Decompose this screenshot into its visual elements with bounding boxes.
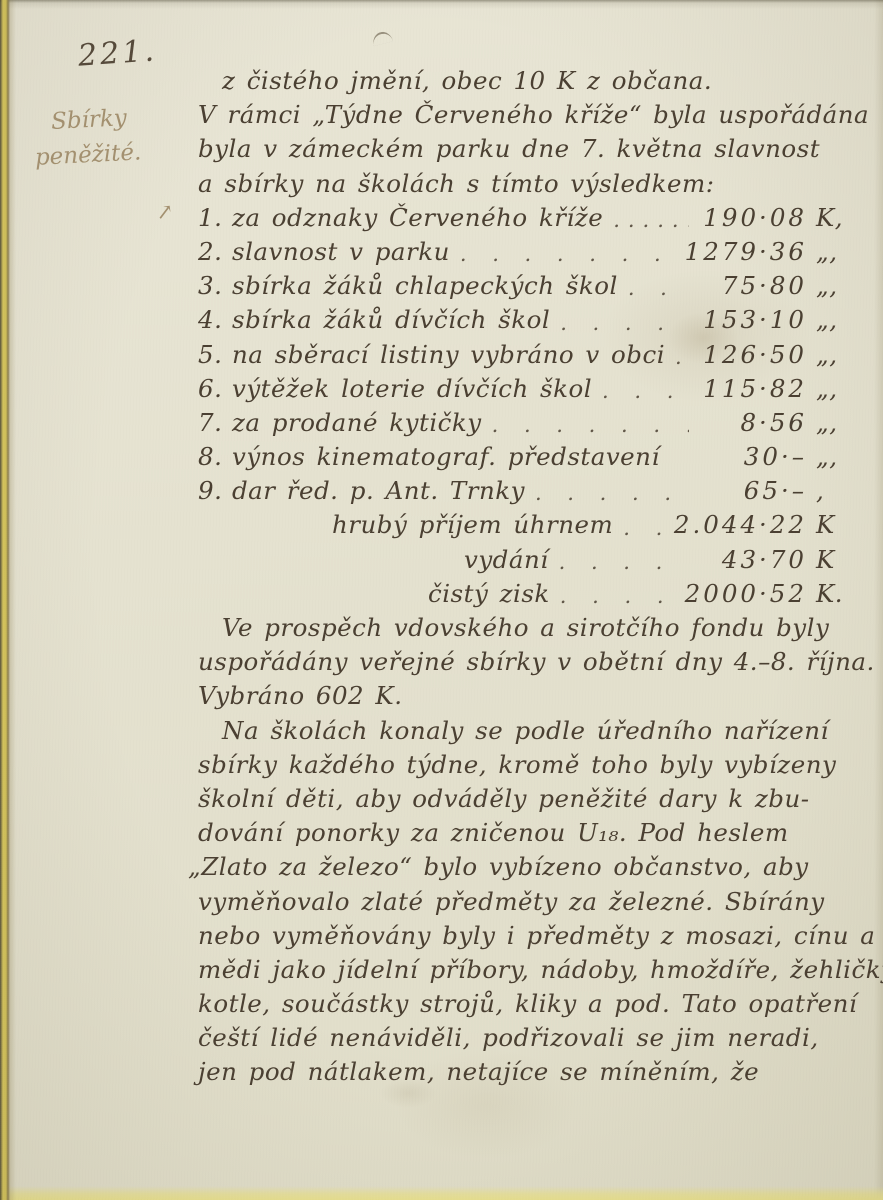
row-number: 2. (198, 235, 232, 269)
ledger-row: 3.sbírka žáků chlapeckých škol. . .75·80… (198, 269, 862, 303)
dot-leader: . . . (618, 273, 689, 303)
dot-leader: . . . . (592, 376, 689, 406)
row-amount: 153·10 (689, 303, 807, 337)
margin-note: Sbírky peněžité. (32, 98, 185, 176)
manuscript-line: byla v zámeckém parku dne 7. května slav… (198, 132, 862, 166)
row-label: za prodané kytičky (232, 406, 482, 440)
row-unit: „, (807, 440, 862, 474)
manuscript-line-text: sbírky každého týdne, kromě toho byly vy… (198, 750, 836, 779)
row-unit: K, (807, 201, 862, 235)
dot-leader: . . . . . . . . (525, 478, 689, 508)
margin-note-line2: peněžité. (34, 133, 186, 176)
manuscript-line-text: V rámci „Týdne Červeného kříže“ byla usp… (198, 100, 869, 129)
row-amount: 75·80 (689, 269, 807, 303)
ledger-row: 7.za prodané kytičky. . . . . . .8·56„, (198, 406, 862, 440)
row-number: 1. (198, 201, 232, 235)
ledger-row: 8.výnos kinematograf. představení30·–„, (198, 440, 862, 474)
dot-leader: . . . . . . . (482, 410, 689, 440)
row-label: sbírka žáků dívčích škol (232, 303, 550, 337)
row-number: 5. (198, 338, 232, 372)
manuscript-line-text: nebo vyměňovány byly i předměty z mosazi… (198, 921, 875, 950)
manuscript-line: V rámci „Týdne Červeného kříže“ byla usp… (198, 98, 862, 132)
row-label: čistý zisk (428, 577, 550, 611)
row-number: 3. (198, 269, 232, 303)
manuscript-page: 221. Sbírky peněžité. ↗ z čistého jmění,… (0, 0, 883, 1200)
manuscript-line-text: vyměňovalo zlaté předměty za železné. Sb… (198, 887, 825, 916)
manuscript-line: z čistého jmění, obec 10 K z občana. (198, 64, 862, 98)
manuscript-line-text: byla v zámeckém parku dne 7. května slav… (198, 134, 820, 163)
row-amount: 115·82 (689, 372, 807, 406)
ledger-row: 1.za odznaky Červeného kříže..........19… (198, 201, 862, 235)
row-amount: 190·08 (689, 201, 807, 235)
row-unit: K (807, 508, 862, 542)
dot-leader: . . . (665, 342, 689, 372)
row-number: 8. (198, 440, 232, 474)
dot-leader: . . . . . . (549, 547, 689, 577)
row-label: sbírka žáků chlapeckých škol (232, 269, 618, 303)
manuscript-line: čeští lidé nenáviděli, podřizovali se ji… (198, 1021, 862, 1055)
row-label: na sběrací listiny vybráno v obci (232, 338, 665, 372)
row-amount: 126·50 (689, 338, 807, 372)
ledger-row: 9.dar řed. p. Ant. Trnky. . . . . . . .6… (198, 474, 862, 508)
manuscript-line: „Zlato za železo“ bylo vybízeno občanstv… (188, 850, 862, 884)
row-unit: „, (807, 235, 862, 269)
manuscript-line-text: jen pod nátlakem, netajíce se míněním, ž… (198, 1057, 759, 1086)
row-unit: „, (807, 269, 862, 303)
manuscript-line: kotle, součástky strojů, kliky a pod. Ta… (198, 987, 862, 1021)
row-amount: 2000·52 (685, 577, 807, 611)
dot-leader: .......... (603, 205, 689, 235)
row-unit: „, (807, 372, 862, 406)
row-number: 6. (198, 372, 232, 406)
ledger-row: 2.slavnost v parku. . . . . . . . .1279·… (198, 235, 862, 269)
manuscript-line: Vybráno 602 K. (198, 679, 862, 713)
row-amount: 43·70 (689, 543, 807, 577)
row-unit: „, (807, 406, 862, 440)
dot-leader: . . . . (550, 308, 689, 338)
row-label: výnos kinematograf. představení (232, 440, 660, 474)
manuscript-line-text: Na školách konaly se podle úředního naří… (222, 716, 829, 745)
manuscript-line-text: školní děti, aby odváděly peněžité dary … (198, 784, 810, 813)
row-unit: , (807, 474, 862, 508)
manuscript-line-text: Vybráno 602 K. (198, 681, 403, 710)
manuscript-line: nebo vyměňovány byly i předměty z mosazi… (198, 919, 862, 953)
manuscript-line-text: čeští lidé nenáviděli, podřizovali se ji… (198, 1023, 819, 1052)
row-label: vydání (464, 543, 549, 577)
dot-leader: . . . . . (613, 513, 674, 543)
row-unit: „, (807, 338, 862, 372)
row-label: hrubý příjem úhrnem (332, 508, 613, 542)
manuscript-line-text: mědi jako jídelní příbory, nádoby, hmožd… (198, 955, 883, 984)
page-number: 221. (77, 33, 158, 73)
manuscript-line-text: Ve prospěch vdovského a sirotčího fondu … (222, 613, 829, 642)
manuscript-line: školní děti, aby odváděly peněžité dary … (198, 782, 862, 816)
manuscript-line-text: z čistého jmění, obec 10 K z občana. (222, 66, 712, 95)
dot-leader: . . . . . . . . (550, 581, 685, 611)
manuscript-line: sbírky každého týdne, kromě toho byly vy… (198, 748, 862, 782)
ledger-row: čistý zisk. . . . . . . .2000·52K. (394, 577, 862, 611)
manuscript-line-text: uspořádány veřejné sbírky v obětní dny 4… (198, 647, 875, 676)
manuscript-line-text: „Zlato za železo“ bylo vybízeno občanstv… (188, 852, 809, 881)
manuscript-line: Na školách konaly se podle úředního naří… (198, 714, 862, 748)
row-unit: K (807, 543, 862, 577)
row-label: dar řed. p. Ant. Trnky (232, 474, 525, 508)
manuscript-line: vyměňovalo zlaté předměty za železné. Sb… (198, 885, 862, 919)
row-number: 7. (198, 406, 232, 440)
manuscript-line: dování ponorky za zničenou U₁₈. Pod hesl… (198, 816, 862, 850)
manuscript-body: z čistého jmění, obec 10 K z občana.V rá… (198, 64, 862, 1090)
manuscript-line-text: a sbírky na školách s tímto výsledkem: (198, 169, 715, 198)
ledger-row: 6.výtěžek loterie dívčích škol. . . .115… (198, 372, 862, 406)
manuscript-line: a sbírky na školách s tímto výsledkem: (198, 167, 862, 201)
manuscript-line: mědi jako jídelní příbory, nádoby, hmožd… (198, 953, 862, 987)
row-unit: K. (807, 577, 862, 611)
manuscript-line: uspořádány veřejné sbírky v obětní dny 4… (198, 645, 862, 679)
ledger-row: 5.na sběrací listiny vybráno v obci. . .… (198, 338, 862, 372)
margin-arrow-mark: ↗ (154, 199, 175, 225)
pen-stroke-mark (371, 30, 393, 46)
manuscript-line-text: dování ponorky za zničenou U₁₈. Pod hesl… (198, 818, 789, 847)
row-amount: 30·– (689, 440, 807, 474)
row-label: za odznaky Červeného kříže (232, 201, 603, 235)
manuscript-line: jen pod nátlakem, netajíce se míněním, ž… (198, 1055, 862, 1089)
ledger-row: 4.sbírka žáků dívčích škol. . . .153·10„… (198, 303, 862, 337)
row-amount: 1279·36 (685, 235, 807, 269)
row-unit: „, (807, 303, 862, 337)
row-label: výtěžek loterie dívčích škol (232, 372, 592, 406)
row-label: slavnost v parku (232, 235, 450, 269)
row-amount: 8·56 (689, 406, 807, 440)
ledger-row: vydání. . . . . .43·70K (430, 543, 862, 577)
manuscript-line-text: kotle, součástky strojů, kliky a pod. Ta… (198, 989, 857, 1018)
manuscript-line: Ve prospěch vdovského a sirotčího fondu … (198, 611, 862, 645)
dot-leader: . . . . . . . . . (450, 239, 685, 269)
row-number: 4. (198, 303, 232, 337)
row-amount: 2.044·22 (674, 508, 807, 542)
ledger-row: hrubý příjem úhrnem. . . . .2.044·22K (298, 508, 862, 542)
row-amount: 65·– (689, 474, 807, 508)
row-number: 9. (198, 474, 232, 508)
